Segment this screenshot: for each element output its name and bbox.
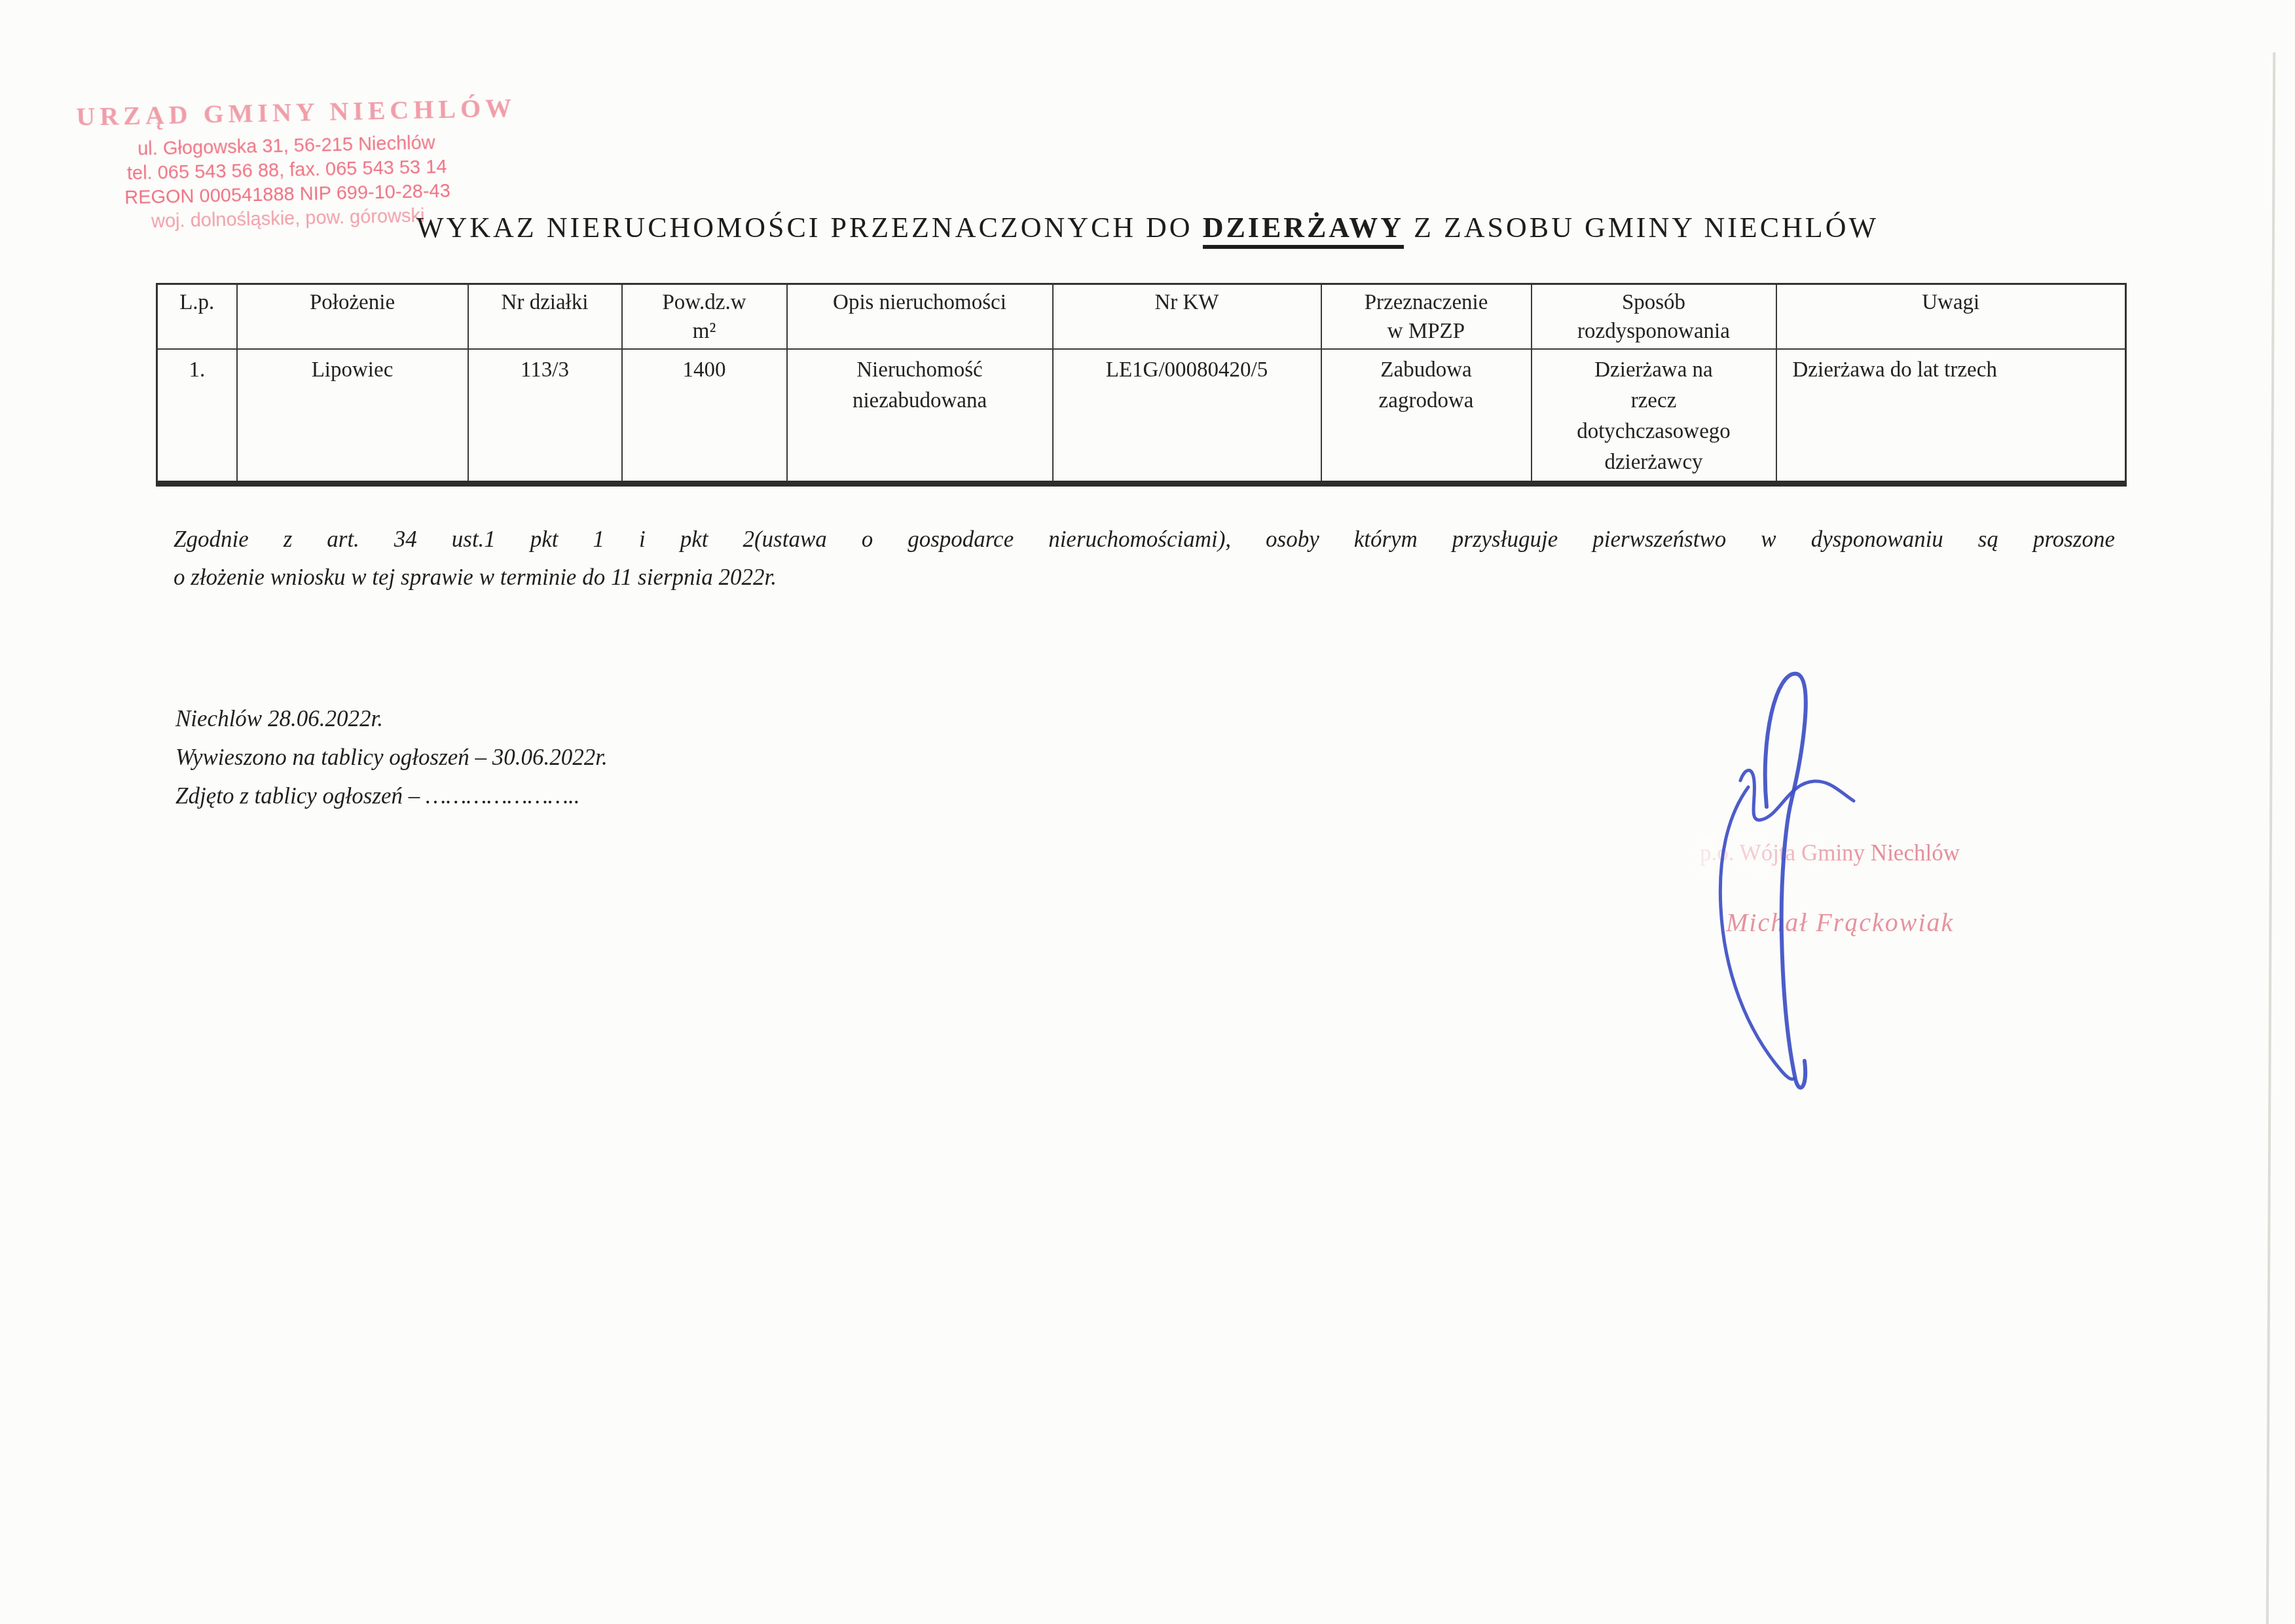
office-stamp-name: URZĄD GMINY NIECHLÓW	[76, 92, 496, 132]
header-uwagi: Uwagi	[1776, 284, 2126, 350]
header-przeznaczenie-line2: w MPZP	[1327, 318, 1526, 346]
header-nr-kw: Nr KW	[1053, 284, 1321, 350]
cell-lp: 1.	[157, 349, 237, 483]
property-listing-table: L.p. Położenie Nr działki Pow.dz.w m² Op…	[156, 283, 2127, 487]
cell-nr-kw-text: LE1G/00080420/5	[1059, 355, 1315, 386]
table-header-row: L.p. Położenie Nr działki Pow.dz.w m² Op…	[157, 284, 2126, 350]
header-nr-dzialki: Nr działki	[468, 284, 622, 350]
cell-przeznaczenie: Zabudowa zagrodowa	[1321, 349, 1532, 483]
legal-notice-line2: o złożenie wniosku w tej sprawie w termi…	[174, 559, 2115, 597]
table-row: 1. Lipowiec 113/3 1400 Nieruchomość niez…	[157, 349, 2126, 483]
header-lp-text: L.p.	[163, 289, 231, 318]
header-nr-kw-text: Nr KW	[1059, 289, 1315, 318]
cell-lp-text: 1.	[163, 355, 231, 386]
header-opis-text: Opis nieruchomości	[793, 289, 1047, 318]
signature-graphic	[1683, 661, 1892, 1146]
cell-pow-text: 1400	[628, 355, 781, 386]
cell-polozenie-text: Lipowiec	[243, 355, 462, 386]
signature-stroke-main	[1765, 674, 1806, 1088]
posting-dates: Niechlów 28.06.2022r. Wywieszono na tabl…	[175, 699, 608, 815]
date-posted: Wywieszono na tablicy ogłoszeń – 30.06.2…	[175, 738, 608, 777]
date-removed: Zdjęto z tablicy ogłoszeń – …………………..	[175, 777, 608, 815]
legal-notice: Zgodnie z art. 34 ust.1 pkt 1 i pkt 2(us…	[174, 521, 2115, 597]
cell-nr-dzialki-text: 113/3	[474, 355, 616, 386]
cell-opis: Nieruchomość niezabudowana	[787, 349, 1053, 483]
scan-edge-artifact	[2266, 52, 2275, 1624]
cell-sposob-line4: dzierżawcy	[1537, 447, 1771, 478]
header-sposob-line1: Sposób	[1537, 289, 1771, 318]
cell-opis-line2: niezabudowana	[793, 386, 1047, 416]
date-issued: Niechlów 28.06.2022r.	[175, 699, 608, 738]
header-opis: Opis nieruchomości	[787, 284, 1053, 350]
cell-sposob-line1: Dzierżawa na	[1537, 355, 1771, 386]
cell-sposob-line3: dotychczasowego	[1537, 416, 1771, 447]
cell-nr-kw: LE1G/00080420/5	[1053, 349, 1321, 483]
header-przeznaczenie-line1: Przeznaczenie	[1327, 289, 1526, 318]
header-uwagi-text: Uwagi	[1782, 289, 2120, 318]
header-lp: L.p.	[157, 284, 237, 350]
cell-uwagi: Dzierżawa do lat trzech	[1776, 349, 2126, 483]
cell-przeznaczenie-line1: Zabudowa	[1327, 355, 1526, 386]
header-polozenie-text: Położenie	[243, 289, 462, 318]
header-pow-line1: Pow.dz.w	[628, 289, 781, 318]
header-pow-line2: m²	[628, 318, 781, 346]
cell-sposob-line2: rzecz	[1537, 386, 1771, 416]
header-sposob-line2: rozdysponowania	[1537, 318, 1771, 346]
title-prefix: WYKAZ NIERUCHOMOŚCI PRZEZNACZONYCH DO	[416, 212, 1203, 244]
cell-powierzchnia: 1400	[622, 349, 787, 483]
cell-uwagi-text: Dzierżawa do lat trzech	[1793, 355, 2120, 386]
title-suffix: Z ZASOBU GMINY NIECHLÓW	[1404, 212, 1879, 244]
cell-polozenie: Lipowiec	[237, 349, 468, 483]
header-polozenie: Położenie	[237, 284, 468, 350]
cell-nr-dzialki: 113/3	[468, 349, 622, 483]
cell-opis-line1: Nieruchomość	[793, 355, 1047, 386]
title-emphasis-dzierzawy: DZIERŻAWY	[1203, 212, 1404, 249]
header-sposob: Sposób rozdysponowania	[1532, 284, 1776, 350]
legal-notice-line1: Zgodnie z art. 34 ust.1 pkt 1 i pkt 2(us…	[174, 521, 2115, 559]
header-nr-dzialki-text: Nr działki	[474, 289, 616, 318]
header-powierzchnia: Pow.dz.w m²	[622, 284, 787, 350]
cell-sposob: Dzierżawa na rzecz dotychczasowego dzier…	[1532, 349, 1776, 483]
header-przeznaczenie: Przeznaczenie w MPZP	[1321, 284, 1532, 350]
document-title: WYKAZ NIERUCHOMOŚCI PRZEZNACZONYCH DO DZ…	[0, 211, 2295, 244]
cell-przeznaczenie-line2: zagrodowa	[1327, 386, 1526, 416]
